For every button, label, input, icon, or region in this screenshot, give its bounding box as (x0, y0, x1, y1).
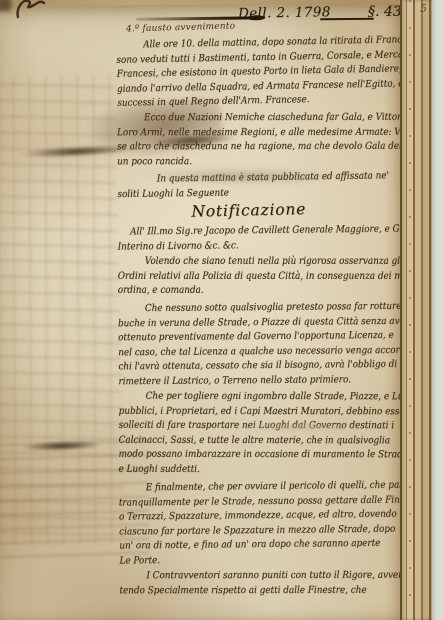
manuscript-line: Ordini relativi alla Polizia di questa C… (118, 269, 384, 284)
manuscript-line: modo possano imbarazzare in occasione di… (119, 448, 385, 463)
manuscript-line: buche in veruna delle Strade, o Piazze d… (118, 314, 385, 331)
manuscript-paragraph: Che per togliere ogni ingombro dalle Str… (119, 390, 415, 478)
manuscript-paragraph: I Contravventori saranno puniti con tutt… (119, 569, 415, 599)
manuscript-line: solleciti di fare trasportare nei Luoghi… (119, 419, 385, 434)
manuscript-paragraph: All' Ill.mo Sig.re Jacopo de Cavillett G… (117, 222, 413, 254)
manuscript-line: Interino di Livorno &c. &c. (118, 237, 385, 254)
header-date: Dell. 2. 1798 (238, 4, 331, 22)
manuscript-line: ottenuto preventivamente dal Governo l'o… (118, 329, 385, 346)
adjacent-page-number-fragment: 5 (420, 2, 427, 15)
manuscript-line: un poco rancida. (117, 155, 383, 170)
binding-tie-mark (14, 0, 48, 21)
manuscript-line: ordina, e comanda. (118, 284, 384, 299)
manuscript-paragraph: In questa mattina è stata pubblicata ed … (117, 169, 413, 202)
manuscript-line: pubblici, i Proprietari, ed i Capi Maest… (119, 404, 385, 419)
manuscript-paragraph: E finalmente, che per ovviare il pericol… (119, 478, 416, 569)
manuscript-line: chi l'avrà ottenuta, cessato che sia il … (118, 358, 385, 375)
manuscript-paragraph: Che nessuno sotto qualsivoglia pretesto … (118, 299, 415, 389)
manuscript-paragraph: Volendo che siano tenuti nella più rigor… (118, 255, 414, 299)
manuscript-line: e Luoghi suddetti. (119, 463, 385, 478)
manuscript-line: Loro Armi, nelle medesime Regioni, e all… (117, 125, 383, 140)
manuscript-line: I Contravventori saranno puniti con tutt… (119, 569, 385, 584)
outer-background (432, 0, 444, 620)
book-page-edges (400, 0, 432, 620)
manuscript-line: soliti Luoghi la Seguente (117, 184, 384, 202)
manuscript-paragraph: Alle ore 10. della mattina, dopo sonata … (116, 33, 413, 112)
manuscript-line: Calcinacci, Sassi, e tutte le altre mate… (119, 434, 385, 449)
manuscript-line: Che nessuno sotto qualsivoglia pretesto … (118, 299, 385, 316)
corner-shadow (0, 0, 11, 11)
manuscript-line: Volendo che siano tenuti nella più rigor… (118, 255, 384, 270)
notification-heading: Notificazione (117, 199, 413, 225)
manuscript-line: rimettere il Lastrico, o Terreno nello s… (118, 372, 385, 389)
page-number: §. 43 (368, 4, 402, 20)
manuscript-line: tendo Specialmente rispetto ai getti dal… (119, 584, 385, 599)
manuscript-paragraph: Ecco due Nazioni Nemiche ciascheduna far… (117, 111, 413, 170)
manuscript-line: nel caso, che tal Licenza a qualche uso … (118, 343, 385, 360)
manuscript-line: Ecco due Nazioni Nemiche ciascheduna far… (117, 111, 383, 126)
manuscript-text: Alle ore 10. della mattina, dopo sonata … (117, 35, 416, 601)
manuscript-line: Le Porte. (119, 551, 386, 568)
manuscript-line: se altro che ciascheduna ne ha ragione, … (117, 140, 383, 155)
manuscript-line: Che per togliere ogni ingombro dalle Str… (119, 390, 385, 405)
